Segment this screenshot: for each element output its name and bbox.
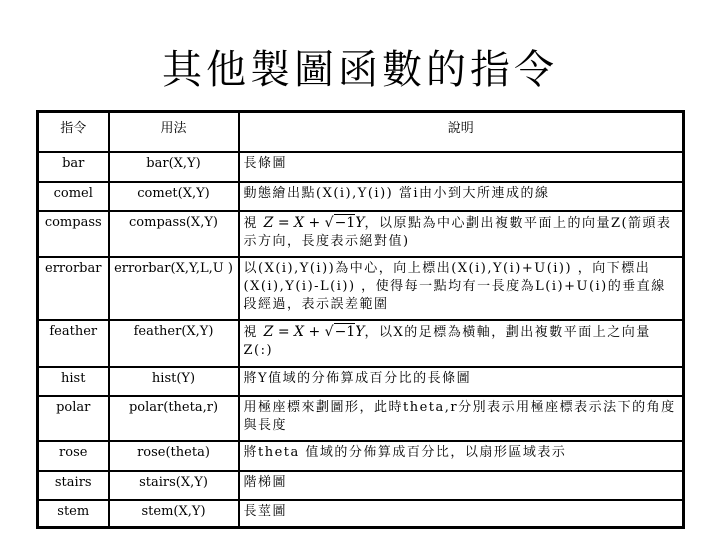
table-row: stairs stairs(X,Y) 階梯圖 <box>38 471 684 500</box>
description-cell: 長條圖 <box>239 152 684 182</box>
usage-cell: stem(X,Y) <box>109 500 239 528</box>
command-cell: feather <box>38 320 109 367</box>
command-cell: stairs <box>38 471 109 500</box>
table-row: rose rose(theta) 將theta 值域的分佈算成百分比，以扇形區域… <box>38 441 684 471</box>
formula-plus: + <box>308 215 320 231</box>
description-cell: 視 Z = X + √−1Y，以原點為中心劃出複數平面上的向量Z(箭頭表示方向，… <box>239 211 684 257</box>
sqrt-sign: √ <box>325 324 334 340</box>
command-cell: rose <box>38 441 109 471</box>
command-cell: stem <box>38 500 109 528</box>
command-cell: polar <box>38 396 109 441</box>
formula-eq: = <box>278 215 290 231</box>
usage-cell: compass(X,Y) <box>109 211 239 257</box>
table-row: feather feather(X,Y) 視 Z = X + √−1Y，以X的足… <box>38 320 684 367</box>
table-row: comel comet(X,Y) 動態繪出點(X(i),Y(i)) 當i由小到大… <box>38 182 684 211</box>
formula-plus: + <box>308 324 320 340</box>
usage-cell: bar(X,Y) <box>109 152 239 182</box>
formula-x: X <box>294 324 304 340</box>
formula-lhs: Z <box>264 324 274 340</box>
description-cell: 將Y值域的分佈算成百分比的長條圖 <box>239 367 684 396</box>
formula-x: X <box>294 215 304 231</box>
header-command: 指令 <box>38 112 109 152</box>
header-usage: 用法 <box>109 112 239 152</box>
description-prefix: 視 <box>244 216 259 231</box>
formula-sqrt-arg: −1 <box>334 323 356 340</box>
description-prefix: 視 <box>244 325 259 340</box>
description-cell: 用極座標來劃圖形，此時theta,r分別表示用極座標表示法下的角度與長度 <box>239 396 684 441</box>
description-cell: 動態繪出點(X(i),Y(i)) 當i由小到大所連成的線 <box>239 182 684 211</box>
formula-eq: = <box>278 324 290 340</box>
command-cell: errorbar <box>38 257 109 320</box>
table-row: compass compass(X,Y) 視 Z = X + √−1Y，以原點為… <box>38 211 684 257</box>
command-cell: compass <box>38 211 109 257</box>
table-row: hist hist(Y) 將Y值域的分佈算成百分比的長條圖 <box>38 367 684 396</box>
usage-cell: feather(X,Y) <box>109 320 239 367</box>
complex-formula: Z = X + √−1Y <box>264 214 365 231</box>
description-cell: 以(X(i),Y(i))為中心，向上標出(X(i),Y(i)+U(i)) ，向下… <box>239 257 684 320</box>
table-row: errorbar errorbar(X,Y,L,U ) 以(X(i),Y(i))… <box>38 257 684 320</box>
usage-cell: rose(theta) <box>109 441 239 471</box>
complex-formula: Z = X + √−1Y <box>264 323 365 340</box>
description-cell: 階梯圖 <box>239 471 684 500</box>
page-title: 其他製圖函數的指令 <box>0 42 720 98</box>
description-cell: 將theta 值域的分佈算成百分比，以扇形區域表示 <box>239 441 684 471</box>
sqrt-sign: √ <box>325 215 334 231</box>
usage-cell: polar(theta,r) <box>109 396 239 441</box>
usage-cell: comet(X,Y) <box>109 182 239 211</box>
table-row: polar polar(theta,r) 用極座標來劃圖形，此時theta,r分… <box>38 396 684 441</box>
formula-sqrt-arg: −1 <box>334 214 356 231</box>
table-row: bar bar(X,Y) 長條圖 <box>38 152 684 182</box>
header-description: 說明 <box>239 112 684 152</box>
description-cell: 長莖圖 <box>239 500 684 528</box>
command-cell: bar <box>38 152 109 182</box>
command-cell: hist <box>38 367 109 396</box>
formula-lhs: Z <box>264 215 274 231</box>
usage-cell: errorbar(X,Y,L,U ) <box>109 257 239 320</box>
table-row: stem stem(X,Y) 長莖圖 <box>38 500 684 528</box>
table-header-row: 指令 用法 說明 <box>38 112 684 152</box>
usage-cell: hist(Y) <box>109 367 239 396</box>
commands-table: 指令 用法 說明 bar bar(X,Y) 長條圖 comel comet(X,… <box>36 110 685 529</box>
command-cell: comel <box>38 182 109 211</box>
description-cell: 視 Z = X + √−1Y，以X的足標為橫軸，劃出複數平面上之向量Z(:) <box>239 320 684 367</box>
usage-cell: stairs(X,Y) <box>109 471 239 500</box>
